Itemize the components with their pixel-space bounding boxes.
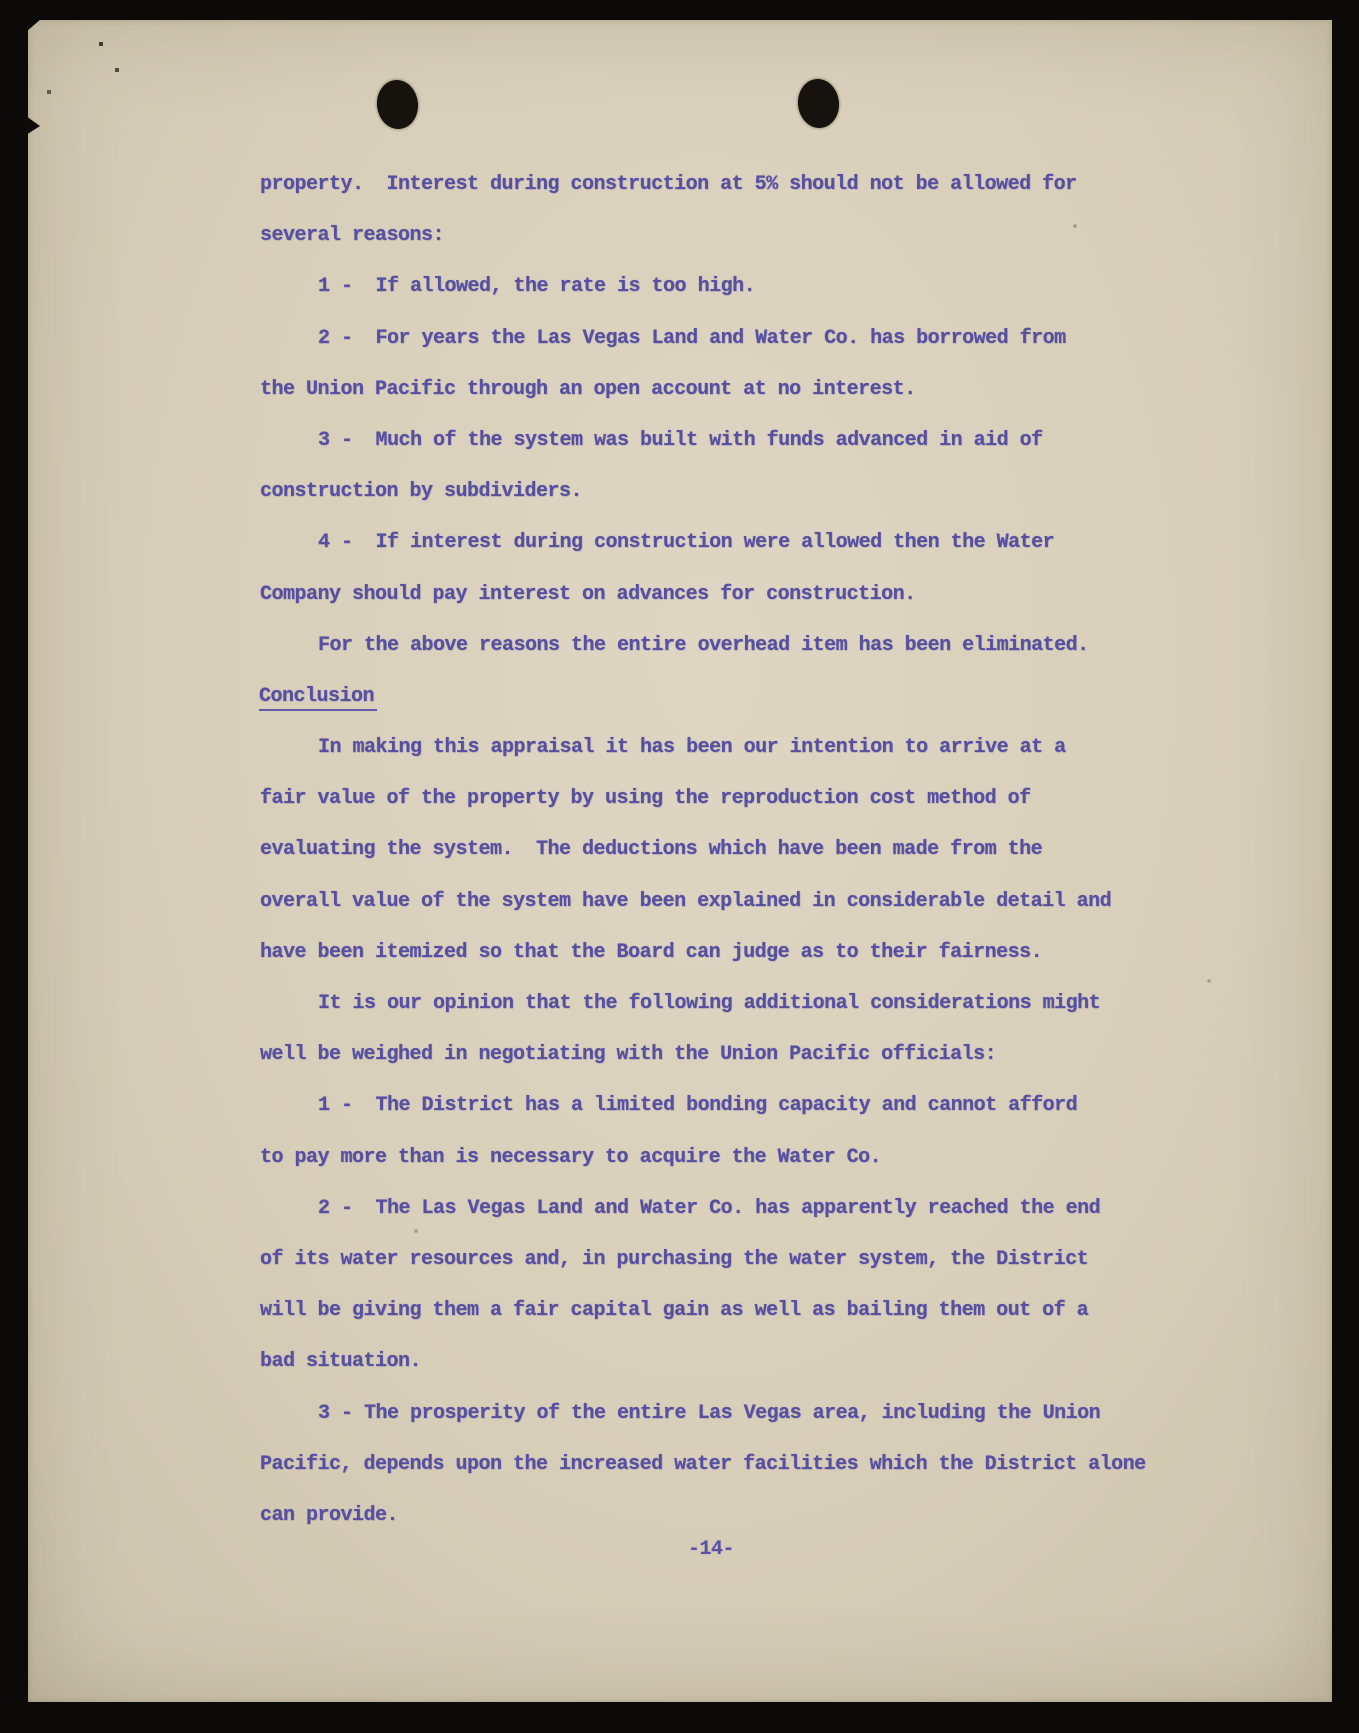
- text-line-content: have been itemized so that the Board can…: [260, 941, 1042, 964]
- text-line-content: bad situation.: [260, 1350, 421, 1373]
- text-line: overall value of the system have been ex…: [260, 876, 1190, 927]
- paper-edge-notch: [26, 116, 40, 135]
- text-line: to pay more than is necessary to acquire…: [260, 1132, 1190, 1183]
- text-line: For the above reasons the entire overhea…: [260, 620, 1190, 671]
- text-line: Company should pay interest on advances …: [260, 569, 1190, 620]
- text-line-content: It is our opinion that the following add…: [318, 992, 1100, 1015]
- text-line: property. Interest during construction a…: [260, 159, 1190, 210]
- text-line-content: 2 - The Las Vegas Land and Water Co. has…: [318, 1197, 1100, 1220]
- text-line: 1 - If allowed, the rate is too high.: [260, 261, 1190, 312]
- document-text: property. Interest during construction a…: [260, 159, 1190, 1541]
- text-line-content: construction by subdividers.: [260, 480, 582, 503]
- text-line: 2 - For years the Las Vegas Land and Wat…: [260, 313, 1190, 364]
- text-line: Conclusion: [260, 671, 1190, 722]
- text-line: In making this appraisal it has been our…: [260, 722, 1190, 773]
- paper-specks: [28, 20, 30, 22]
- text-line-content: several reasons:: [260, 224, 444, 247]
- text-line-content: will be giving them a fair capital gain …: [260, 1299, 1088, 1322]
- text-line-content: evaluating the system. The deductions wh…: [260, 838, 1042, 861]
- text-line-content: the Union Pacific through an open accoun…: [260, 378, 916, 401]
- text-line-content: For the above reasons the entire overhea…: [318, 634, 1089, 657]
- punch-hole-right: [796, 77, 842, 130]
- text-line-content: 1 - If allowed, the rate is too high.: [318, 275, 755, 298]
- text-line: 3 - The prosperity of the entire Las Veg…: [260, 1388, 1190, 1439]
- text-line: 3 - Much of the system was built with fu…: [260, 415, 1190, 466]
- text-line: Pacific, depends upon the increased wate…: [260, 1439, 1190, 1490]
- page-number: -14-: [641, 1538, 781, 1561]
- text-line: construction by subdividers.: [260, 466, 1190, 517]
- text-line-content: 2 - For years the Las Vegas Land and Wat…: [318, 327, 1066, 350]
- text-line-content: overall value of the system have been ex…: [260, 890, 1111, 913]
- text-line: fair value of the property by using the …: [260, 773, 1190, 824]
- text-line-content: Pacific, depends upon the increased wate…: [260, 1453, 1146, 1476]
- text-line: several reasons:: [260, 210, 1190, 261]
- text-line: well be weighed in negotiating with the …: [260, 1029, 1190, 1080]
- text-line-content: 4 - If interest during construction were…: [318, 531, 1054, 554]
- text-line-content: fair value of the property by using the …: [260, 787, 1031, 810]
- text-line: 4 - If interest during construction were…: [260, 517, 1190, 568]
- text-line-content: well be weighed in negotiating with the …: [260, 1043, 996, 1066]
- text-line: can provide.: [260, 1490, 1190, 1541]
- text-line-content: 1 - The District has a limited bonding c…: [318, 1094, 1077, 1117]
- text-line-content: In making this appraisal it has been our…: [318, 736, 1066, 759]
- text-line-content: property. Interest during construction a…: [260, 173, 1077, 196]
- text-line: bad situation.: [260, 1336, 1190, 1387]
- punch-hole-left: [375, 78, 421, 131]
- text-line: will be giving them a fair capital gain …: [260, 1285, 1190, 1336]
- text-line-content: Company should pay interest on advances …: [260, 583, 916, 606]
- text-line: of its water resources and, in purchasin…: [260, 1234, 1190, 1285]
- text-line: the Union Pacific through an open accoun…: [260, 364, 1190, 415]
- paper-sheet: property. Interest during construction a…: [28, 20, 1332, 1702]
- text-line-content: 3 - The prosperity of the entire Las Veg…: [318, 1402, 1100, 1425]
- text-line-content: to pay more than is necessary to acquire…: [260, 1146, 881, 1169]
- text-line: evaluating the system. The deductions wh…: [260, 824, 1190, 875]
- text-line: 1 - The District has a limited bonding c…: [260, 1080, 1190, 1131]
- text-line-content: 3 - Much of the system was built with fu…: [318, 429, 1043, 452]
- text-line-content: of its water resources and, in purchasin…: [260, 1248, 1088, 1271]
- text-line: 2 - The Las Vegas Land and Water Co. has…: [260, 1183, 1190, 1234]
- text-line: have been itemized so that the Board can…: [260, 927, 1190, 978]
- text-line: It is our opinion that the following add…: [260, 978, 1190, 1029]
- text-line-content: Conclusion: [259, 685, 377, 711]
- text-line-content: can provide.: [260, 1504, 398, 1527]
